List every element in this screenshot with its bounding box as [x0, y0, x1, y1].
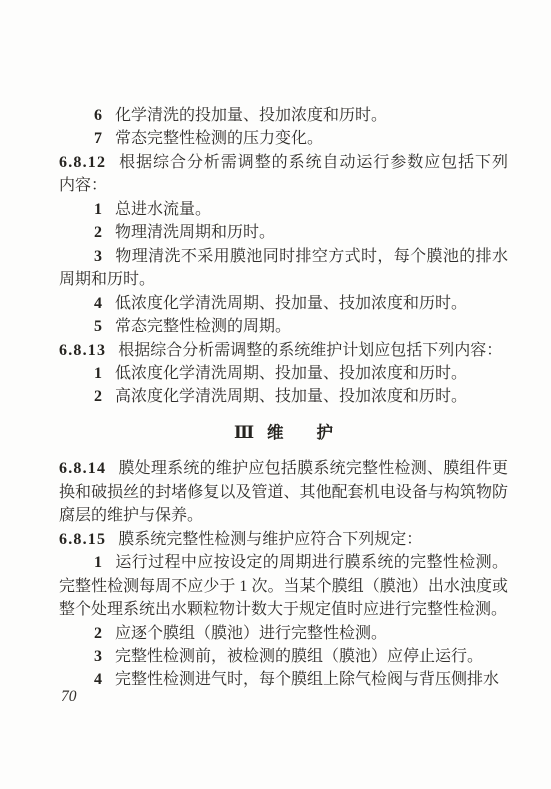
line-text: 应逐个膜组（膜池）进行完整性检测。: [115, 625, 387, 642]
text-line: 换和破损丝的封堵修复以及管道、其他配套机电设备与构筑物防: [59, 481, 508, 504]
line-text: 物理清洗不采用膜池同时排空方式时，每个膜池的排水: [115, 248, 508, 265]
item-number: 1: [94, 365, 115, 382]
line-text: 低浓度化学清洗周期、投加量、投加浓度和历时。: [115, 365, 467, 382]
text-line: 1低浓度化学清洗周期、投加量、投加浓度和历时。: [59, 362, 508, 385]
section-heading-title: 维 护: [267, 423, 333, 442]
list-item: 2物理清洗周期和历时。: [59, 221, 508, 244]
list-item: 1低浓度化学清洗周期、投加量、投加浓度和历时。: [59, 362, 508, 385]
line-text: 化学清洗的投加量、投加浓度和历时。: [115, 107, 387, 124]
line-text: 低浓度化学清洗周期、投加量、技加浓度和历时。: [115, 295, 467, 312]
line-text: 物理清洗周期和历时。: [115, 224, 275, 241]
item-number: 3: [94, 248, 115, 265]
line-text: 膜处理系统的维护应包括膜系统完整性检测、膜组件更: [118, 460, 508, 477]
line-text: 整个处理系统出水颗粒物计数大于规定值时应进行完整性检测。: [59, 601, 507, 618]
text-line: 整个处理系统出水颗粒物计数大于规定值时应进行完整性检测。: [59, 598, 508, 621]
clause-number: 6.8.13: [59, 342, 118, 359]
document-page: 6化学清洗的投加量、投加浓度和历时。7常态完整性检测的压力变化。6.8.12根据…: [0, 0, 551, 789]
item-number: 4: [94, 295, 115, 312]
text-line: 7常态完整性检测的压力变化。: [59, 127, 508, 150]
text-block: 6化学清洗的投加量、投加浓度和历时。7常态完整性检测的压力变化。6.8.12根据…: [59, 104, 508, 692]
list-item: 4完整性检测进气时，每个膜组上除气检阀与背压侧排水: [59, 668, 508, 691]
text-line: 6.8.14膜处理系统的维护应包括膜系统完整性检测、膜组件更: [59, 457, 508, 480]
list-item: 5常态完整性检测的周期。: [59, 315, 508, 338]
line-text: 常态完整性检测的压力变化。: [115, 130, 323, 147]
line-text: 高浓度化学清洗周期、技加量、投加浓度和历时。: [115, 388, 467, 405]
item-number: 3: [94, 648, 115, 665]
list-item: 1总进水流量。: [59, 198, 508, 221]
clause-number: 6.8.14: [59, 460, 118, 477]
list-item: 3物理清洗不采用膜池同时排空方式时，每个膜池的排水周期和历时。: [59, 245, 508, 292]
list-item: 2应逐个膜组（膜池）进行完整性检测。: [59, 622, 508, 645]
text-line: 2高浓度化学清洗周期、技加量、投加浓度和历时。: [59, 385, 508, 408]
line-text: 完整性检测进气时，每个膜组上除气检阀与背压侧排水: [115, 671, 499, 688]
clause-paragraph: 6.8.15膜系统完整性检测与维护应符合下列规定：: [59, 528, 508, 551]
list-item: 6化学清洗的投加量、投加浓度和历时。: [59, 104, 508, 127]
item-number: 2: [94, 388, 115, 405]
clause-paragraph: 6.8.14膜处理系统的维护应包括膜系统完整性检测、膜组件更换和破损丝的封堵修复…: [59, 457, 508, 527]
text-line: 5常态完整性检测的周期。: [59, 315, 508, 338]
item-number: 4: [94, 671, 115, 688]
line-text: 完整性检测每周不应少于 1 次。当某个膜组（膜池）出水浊度或: [59, 578, 508, 595]
line-text: 完整性检测前，被检测的膜组（膜池）应停止运行。: [115, 648, 483, 665]
clause-paragraph: 6.8.13根据综合分析需调整的系统维护计划应包括下列内容：: [59, 339, 508, 362]
line-text: 内容：: [59, 177, 107, 194]
text-line: 6.8.12根据综合分析需调整的系统自动运行参数应包括下列: [59, 151, 508, 174]
item-number: 5: [94, 318, 115, 335]
line-text: 膜系统完整性检测与维护应符合下列规定：: [118, 531, 422, 548]
clause-paragraph: 6.8.12根据综合分析需调整的系统自动运行参数应包括下列内容：: [59, 151, 508, 198]
text-line: 周期和历时。: [59, 268, 508, 291]
text-line: 2物理清洗周期和历时。: [59, 221, 508, 244]
text-line: 完整性检测每周不应少于 1 次。当某个膜组（膜池）出水浊度或: [59, 575, 508, 598]
text-line: 6化学清洗的投加量、投加浓度和历时。: [59, 104, 508, 127]
line-text: 换和破损丝的封堵修复以及管道、其他配套机电设备与构筑物防: [59, 484, 508, 501]
clause-number: 6.8.15: [59, 531, 118, 548]
list-item: 2高浓度化学清洗周期、技加量、投加浓度和历时。: [59, 385, 508, 408]
item-number: 2: [94, 625, 115, 642]
line-text: 根据综合分析需调整的系统自动运行参数应包括下列: [118, 154, 508, 171]
item-number: 1: [94, 554, 115, 571]
section-heading: Ⅲ维 护: [59, 421, 508, 444]
item-number: 2: [94, 224, 115, 241]
text-line: 3完整性检测前，被检测的膜组（膜池）应停止运行。: [59, 645, 508, 668]
line-text: 周期和历时。: [59, 271, 155, 288]
list-item: 7常态完整性检测的压力变化。: [59, 127, 508, 150]
section-heading-numeral: Ⅲ: [234, 423, 254, 442]
item-number: 1: [94, 201, 115, 218]
line-text: 总进水流量。: [115, 201, 211, 218]
line-text: 运行过程中应按设定的周期进行膜系统的完整性检测。: [115, 554, 508, 571]
text-line: 6.8.13根据综合分析需调整的系统维护计划应包括下列内容：: [59, 339, 508, 362]
text-line: 4低浓度化学清洗周期、投加量、技加浓度和历时。: [59, 292, 508, 315]
text-line: 1总进水流量。: [59, 198, 508, 221]
list-item: 1运行过程中应按设定的周期进行膜系统的完整性检测。完整性检测每周不应少于 1 次…: [59, 551, 508, 621]
page-number: 70: [61, 688, 77, 706]
item-number: 6: [94, 107, 115, 124]
line-text: 常态完整性检测的周期。: [115, 318, 291, 335]
line-text: 腐层的维护与保养。: [59, 507, 203, 524]
text-line: 6.8.15膜系统完整性检测与维护应符合下列规定：: [59, 528, 508, 551]
text-line: 2应逐个膜组（膜池）进行完整性检测。: [59, 622, 508, 645]
text-line: 1运行过程中应按设定的周期进行膜系统的完整性检测。: [59, 551, 508, 574]
line-text: 根据综合分析需调整的系统维护计划应包括下列内容：: [118, 342, 502, 359]
list-item: 4低浓度化学清洗周期、投加量、技加浓度和历时。: [59, 292, 508, 315]
list-item: 3完整性检测前，被检测的膜组（膜池）应停止运行。: [59, 645, 508, 668]
item-number: 7: [94, 130, 115, 147]
text-line: 4完整性检测进气时，每个膜组上除气检阀与背压侧排水: [59, 668, 508, 691]
clause-number: 6.8.12: [59, 154, 118, 171]
text-line: 内容：: [59, 174, 508, 197]
text-line: 3物理清洗不采用膜池同时排空方式时，每个膜池的排水: [59, 245, 508, 268]
text-line: 腐层的维护与保养。: [59, 504, 508, 527]
